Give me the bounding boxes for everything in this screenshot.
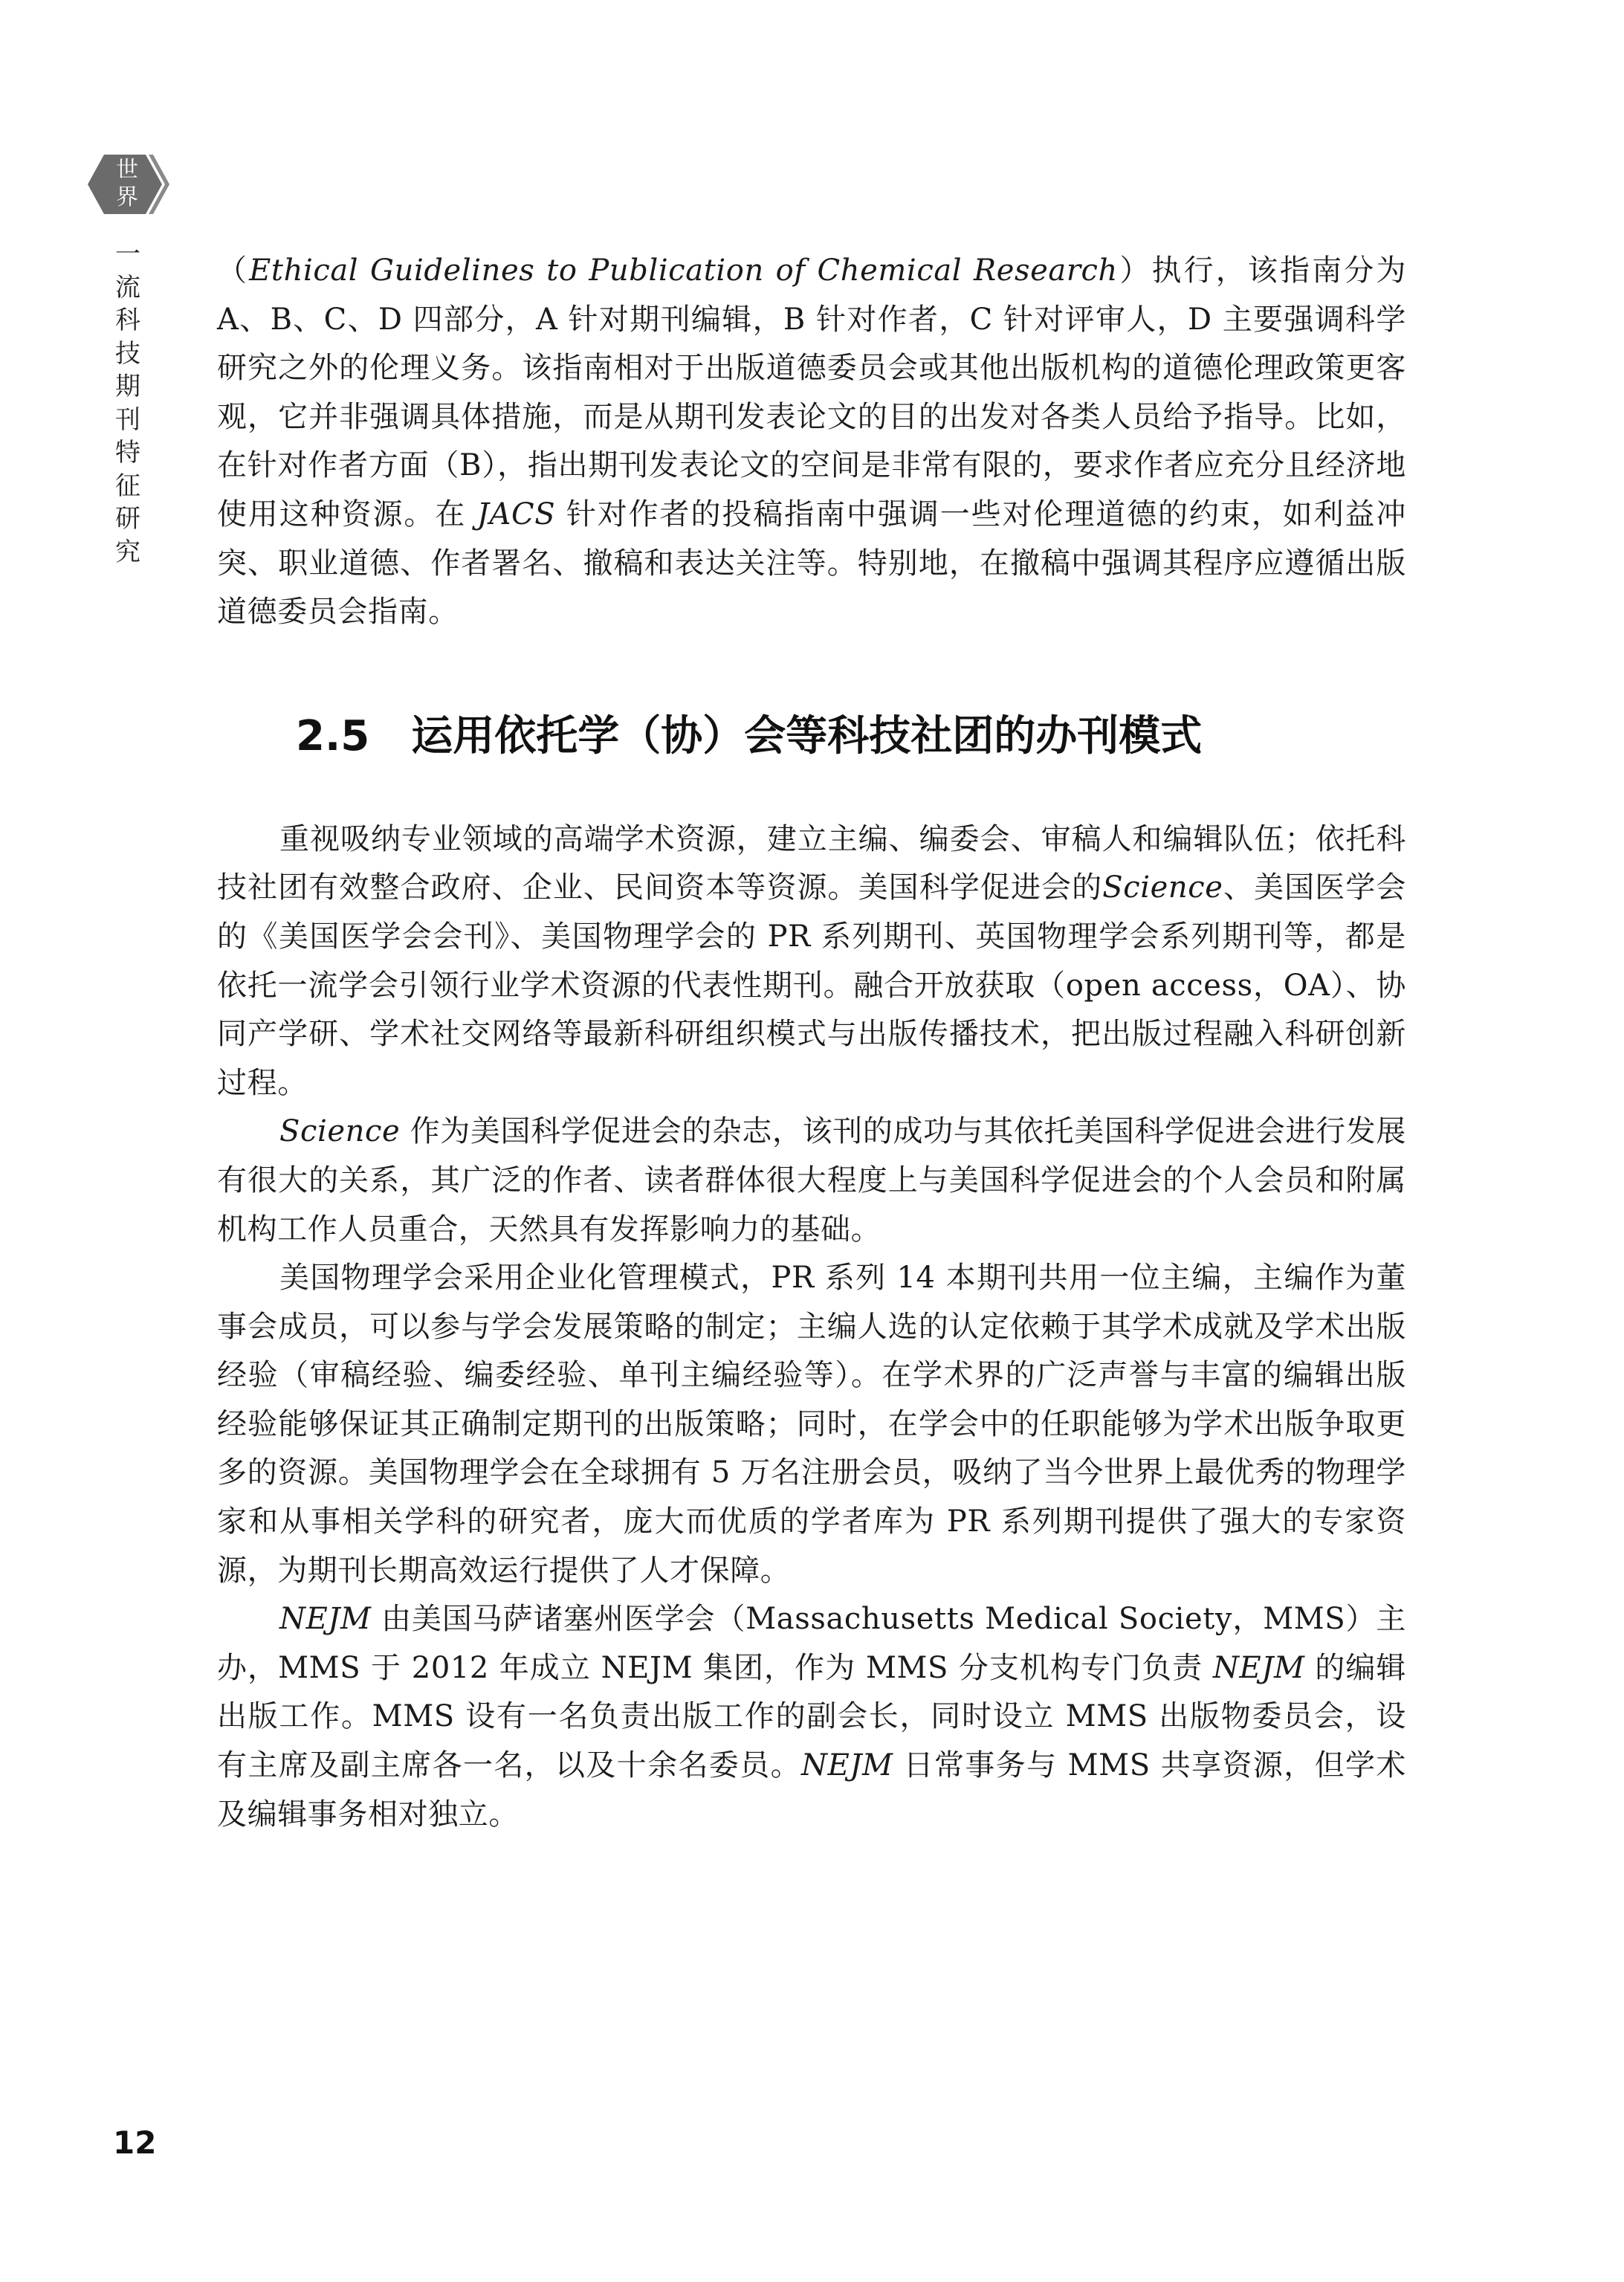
running-title-vertical: 一流科技期刊特征研究 bbox=[113, 238, 143, 569]
continued-paragraphs: （Ethical Guidelines to Publication of Ch… bbox=[217, 247, 1406, 637]
paragraph: NEJM 由美国马萨诸塞州医学会（Massachusetts Medical S… bbox=[217, 1595, 1406, 1839]
paragraph: Science 作为美国科学促进会的杂志，该刊的成功与其依托美国科学促进会进行发… bbox=[217, 1108, 1406, 1254]
page-number: 12 bbox=[113, 2124, 156, 2161]
badge-char-top: 世 bbox=[116, 156, 138, 184]
section-title: 运用依托学（协）会等科技社团的办刊模式 bbox=[411, 712, 1202, 760]
section-paragraphs: 重视吸纳专业领域的高端学术资源，建立主编、编委会、审稿人和编辑队伍；依托科技社团… bbox=[217, 815, 1406, 1839]
section-heading: 2.5运用依托学（协）会等科技社团的办刊模式 bbox=[296, 699, 1406, 774]
paragraph: 重视吸纳专业领域的高端学术资源，建立主编、编委会、审稿人和编辑队伍；依托科技社团… bbox=[217, 815, 1406, 1108]
badge-text: 世 界 bbox=[116, 156, 138, 211]
paragraph: （Ethical Guidelines to Publication of Ch… bbox=[217, 247, 1406, 637]
section-badge: 世 界 bbox=[88, 155, 171, 214]
badge-char-bottom: 界 bbox=[116, 184, 138, 211]
paragraph: 美国物理学会采用企业化管理模式，PR 系列 14 本期刊共用一位主编，主编作为董… bbox=[217, 1254, 1406, 1595]
section-number: 2.5 bbox=[296, 712, 369, 760]
page-body: （Ethical Guidelines to Publication of Ch… bbox=[217, 247, 1406, 1839]
